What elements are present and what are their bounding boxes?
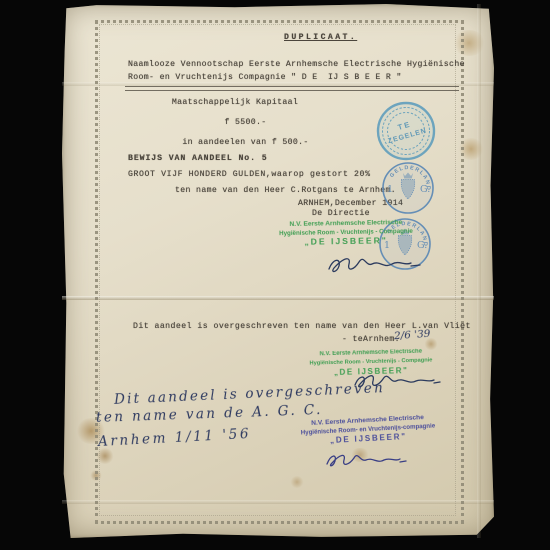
share-amount-line: GROOT VIJF HONDERD GULDEN,waarop gestort… — [128, 170, 371, 179]
company-stamp-green: N.V. Eerste Arnhemsche Electrische Hygië… — [262, 218, 430, 248]
company-name-line1: Naamlooze Vennootschap Eerste Arnhemsche… — [128, 60, 465, 69]
te-zegelen-stamp: TE ZEGELEN — [375, 100, 437, 162]
fold-crease — [477, 4, 481, 538]
capital-amount: f 5500.- — [224, 118, 266, 127]
company-name-line2: Room- en Vruchtenijs Compagnie " D E IJ … — [128, 73, 402, 82]
capital-heading: Maatschappelijk Kapitaal — [172, 98, 298, 107]
capital-shares: in aandeelen van f 500.- — [182, 138, 308, 147]
stamp-value-g: G. — [420, 184, 430, 195]
holder-name-line: ten name van den Heer C.Rotgans te Arnhe… — [175, 186, 396, 195]
transfer-typed-line2: - teArnhem. — [342, 335, 400, 344]
share-number-line: BEWIJS VAN AANDEEL No. 5 — [128, 154, 268, 163]
stamp-value-1: 1 — [387, 184, 393, 195]
signature — [322, 450, 408, 470]
scanned-share-certificate: DUPLICAAT. Naamlooze Vennootschap Eerste… — [0, 0, 550, 550]
capital-block: Maatschappelijk Kapitaal f 5500.- in aan… — [150, 98, 320, 148]
company-name-underline — [125, 86, 459, 91]
directie-line: De Directie — [312, 209, 370, 218]
duplicaat-title: DUPLICAAT. — [284, 33, 357, 42]
signature — [323, 252, 423, 278]
gelderland-tax-stamp: GELDERLAND 1 G. — [381, 161, 435, 215]
transfer-handwritten-date: 2/6 '39 — [394, 328, 431, 343]
